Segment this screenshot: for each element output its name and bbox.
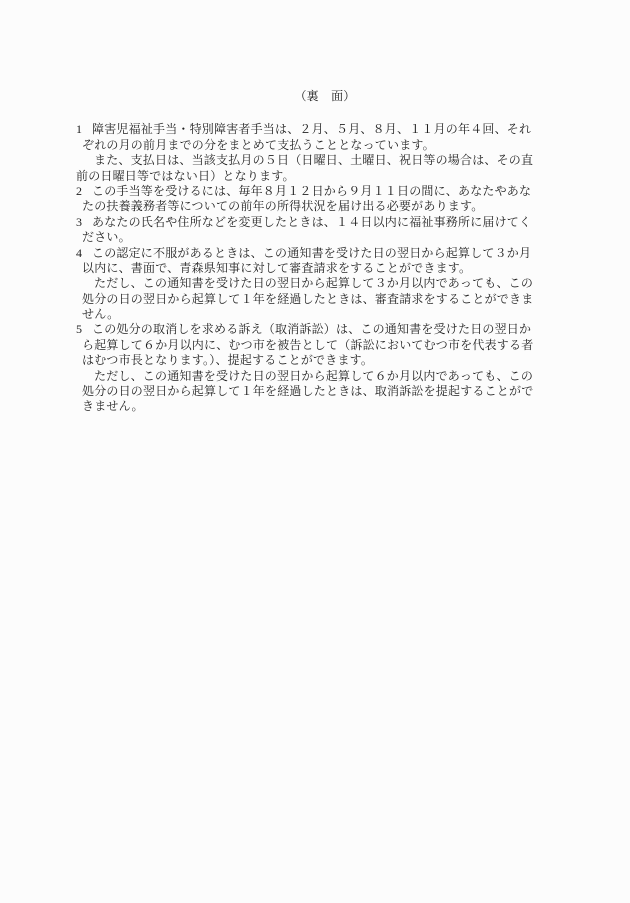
document-page: （裏 面） 1障害児福祉手当・特別障害者手当は、２月、５月、８月、１１月の年４回… <box>0 0 630 903</box>
doc-line: 処分の日の翌日から起算して１年を経過したときは、取消訴訟を提起することがで <box>76 384 576 399</box>
doc-line: 2この手当等を受けるには、毎年８月１２日から９月１１日の間に、あなたやあな <box>76 184 576 199</box>
doc-line: 前の日曜日等ではない日）となります。 <box>76 169 576 184</box>
doc-line-text: また、支払日は、当該支払月の５日（日曜日、土曜日、祝日等の場合は、その直 <box>94 153 533 167</box>
doc-line: 4この認定に不服があるときは、この通知書を受けた日の翌日から起算して３か月 <box>76 246 576 261</box>
doc-line-text: ぞれの月の前月までの分をまとめて支払うこととなっています。 <box>82 138 435 152</box>
doc-line: 1障害児福祉手当・特別障害者手当は、２月、５月、８月、１１月の年４回、それ <box>76 122 576 137</box>
doc-line: 5この処分の取消しを求める訴え（取消訴訟）は、この通知書を受けた日の翌日か <box>76 322 576 337</box>
item-number: 4 <box>76 246 92 261</box>
doc-line: たの扶養義務者等についての前年の所得状況を届け出る必要があります。 <box>76 199 576 214</box>
doc-line: 処分の日の翌日から起算して１年を経過したときは、審査請求をすることができま <box>76 292 576 307</box>
doc-line: ださい。 <box>76 230 576 245</box>
document-body: （裏 面） 1障害児福祉手当・特別障害者手当は、２月、５月、８月、１１月の年４回… <box>76 89 576 415</box>
doc-line-text: きません。 <box>82 399 144 413</box>
doc-line-text: ださい。 <box>82 230 131 244</box>
page-title: （裏 面） <box>85 89 565 104</box>
doc-line-text: ただし、この通知書を受けた日の翌日から起算して６か月以内であっても、この <box>94 369 533 383</box>
doc-line-text: はむつ市長となります。）、提起することができます。 <box>82 353 373 367</box>
doc-line-text: ら起算して６か月以内に、むつ市を被告として（訴訟においてむつ市を代表する者 <box>82 338 533 352</box>
doc-line-text: この処分の取消しを求める訴え（取消訴訟）は、この通知書を受けた日の翌日か <box>92 322 531 336</box>
doc-line-text: この手当等を受けるには、毎年８月１２日から９月１１日の間に、あなたやあな <box>92 184 531 198</box>
doc-line-text: 以内に、書面で、青森県知事に対して審査請求をすることができます。 <box>82 261 471 275</box>
item-number: 2 <box>76 184 92 199</box>
doc-line: ぞれの月の前月までの分をまとめて支払うこととなっています。 <box>76 138 576 153</box>
doc-line-text: ただし、この通知書を受けた日の翌日から起算して３か月以内であっても、この <box>94 276 533 290</box>
doc-line-text: あなたの氏名や住所などを変更したときは、１４日以内に福祉事務所に届けてく <box>92 215 531 229</box>
item-number: 3 <box>76 215 92 230</box>
doc-line: 3あなたの氏名や住所などを変更したときは、１４日以内に福祉事務所に届けてく <box>76 215 576 230</box>
item-number: 5 <box>76 322 92 337</box>
doc-line: せん。 <box>76 307 576 322</box>
doc-line: はむつ市長となります。）、提起することができます。 <box>76 353 576 368</box>
doc-line: ただし、この通知書を受けた日の翌日から起算して６か月以内であっても、この <box>76 369 576 384</box>
doc-line: ただし、この通知書を受けた日の翌日から起算して３か月以内であっても、この <box>76 276 576 291</box>
doc-line-text: せん。 <box>82 307 119 321</box>
doc-line-text: この認定に不服があるときは、この通知書を受けた日の翌日から起算して３か月 <box>92 246 531 260</box>
doc-line-text: 障害児福祉手当・特別障害者手当は、２月、５月、８月、１１月の年４回、それ <box>92 122 531 136</box>
doc-line: きません。 <box>76 399 576 414</box>
doc-line-text: たの扶養義務者等についての前年の所得状況を届け出る必要があります。 <box>82 199 483 213</box>
doc-line-text: 処分の日の翌日から起算して１年を経過したときは、取消訴訟を提起することがで <box>82 384 533 398</box>
item-number: 1 <box>76 122 92 137</box>
doc-line: ら起算して６か月以内に、むつ市を被告として（訴訟においてむつ市を代表する者 <box>76 338 576 353</box>
doc-line: また、支払日は、当該支払月の５日（日曜日、土曜日、祝日等の場合は、その直 <box>76 153 576 168</box>
doc-line-text: 処分の日の翌日から起算して１年を経過したときは、審査請求をすることができま <box>82 292 533 306</box>
doc-line: 以内に、書面で、青森県知事に対して審査請求をすることができます。 <box>76 261 576 276</box>
doc-line-text: 前の日曜日等ではない日）となります。 <box>76 169 295 183</box>
